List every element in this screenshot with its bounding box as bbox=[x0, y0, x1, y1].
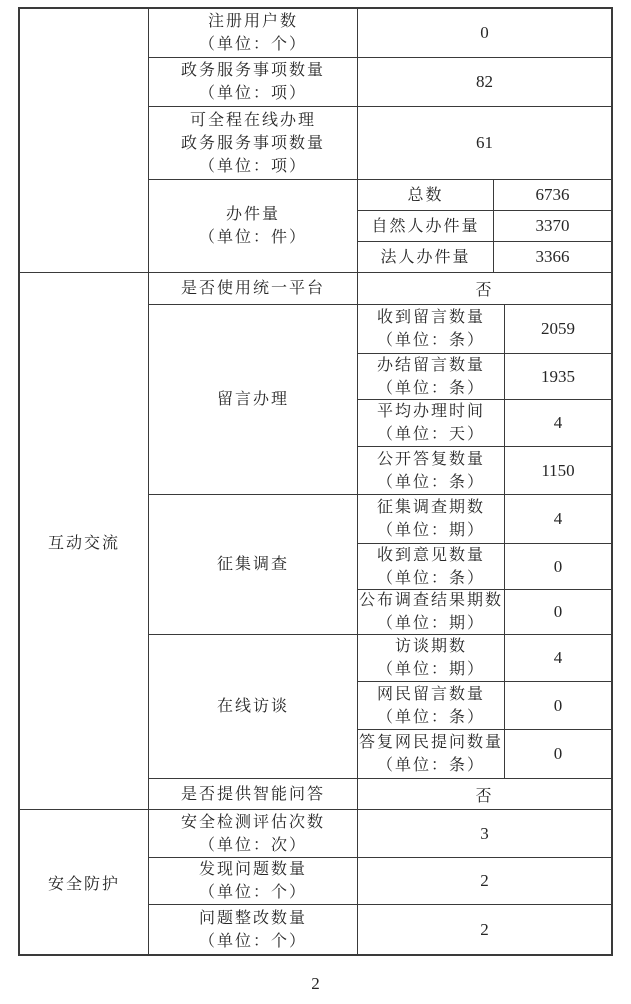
sub-label-line: 自然人办件量 bbox=[371, 215, 479, 238]
block-label-unit: （单位：件） bbox=[199, 226, 307, 249]
row-value-cell: 61 bbox=[358, 107, 611, 179]
row-label-unit: （单位：项） bbox=[199, 155, 307, 178]
group-label-empty bbox=[20, 9, 149, 272]
row-label-line: 安全检测评估次数 bbox=[181, 811, 325, 834]
sub-label-cell: 总数 bbox=[358, 180, 494, 210]
sub-label-cell: 网民留言数量 （单位：条） bbox=[358, 682, 505, 729]
table-group-interaction: 互动交流 是否使用统一平台 否 留言办理 收到留言数量 bbox=[20, 272, 611, 809]
sub-label-cell: 访谈期数 （单位：期） bbox=[358, 635, 505, 681]
row-label-cell: 是否使用统一平台 bbox=[149, 273, 358, 304]
sub-value-cell: 0 bbox=[505, 544, 611, 589]
table-row-problems-found: 发现问题数量 （单位：个） 2 bbox=[149, 857, 611, 904]
sub-label-unit: （单位：条） bbox=[377, 754, 485, 777]
block-label-cell: 留言办理 bbox=[149, 305, 358, 494]
sub-label-line: 网民留言数量 bbox=[377, 683, 485, 706]
sub-label-cell: 公布调查结果期数 （单位：期） bbox=[358, 590, 505, 634]
row-label-line: 政务服务事项数量 bbox=[181, 132, 325, 155]
sub-label-unit: （单位：条） bbox=[377, 706, 485, 729]
sub-value-cell: 0 bbox=[505, 590, 611, 634]
sub-value-cell: 3370 bbox=[494, 211, 611, 241]
block-label-line: 办件量 bbox=[226, 203, 280, 226]
sub-value-cell: 2059 bbox=[505, 305, 611, 353]
table-row-online-service-items: 可全程在线办理 政务服务事项数量 （单位：项） 61 bbox=[149, 106, 611, 179]
row-label-cell: 政务服务事项数量 （单位：项） bbox=[149, 58, 358, 106]
sub-label-line: 法人办件量 bbox=[380, 246, 470, 269]
sub-label-unit: （单位：期） bbox=[377, 658, 485, 681]
sub-value-cell: 3366 bbox=[494, 242, 611, 272]
block-label-line: 留言办理 bbox=[217, 388, 289, 411]
table-subrow-survey-periods: 征集调查期数 （单位：期） 4 bbox=[358, 495, 611, 543]
row-label-line: 是否使用统一平台 bbox=[181, 277, 325, 300]
sub-label-unit: （单位：条） bbox=[377, 377, 485, 400]
sub-label-line: 公开答复数量 bbox=[377, 448, 485, 471]
table-block-online-interview: 在线访谈 访谈期数 （单位：期） 4 网民留言数量 bbox=[149, 634, 611, 778]
block-label-cell: 征集调查 bbox=[149, 495, 358, 634]
row-label-unit: （单位：项） bbox=[199, 82, 307, 105]
sub-value-cell: 0 bbox=[505, 682, 611, 729]
sub-label-cell: 收到留言数量 （单位：条） bbox=[358, 305, 505, 353]
sub-label-cell: 自然人办件量 bbox=[358, 211, 494, 241]
table-row-registered-users: 注册用户数 （单位：个） 0 bbox=[149, 9, 611, 57]
row-label-cell: 注册用户数 （单位：个） bbox=[149, 9, 358, 57]
row-label-cell: 发现问题数量 （单位：个） bbox=[149, 858, 358, 904]
table-block-case-volume: 办件量 （单位：件） 总数 6736 自然人办件量 bbox=[149, 179, 611, 272]
sub-label-cell: 平均办理时间 （单位：天） bbox=[358, 400, 505, 446]
row-label-unit: （单位：个） bbox=[199, 930, 307, 953]
table-subrow-netizen-messages: 网民留言数量 （单位：条） 0 bbox=[358, 681, 611, 729]
table-group-security: 安全防护 安全检测评估次数 （单位：次） 3 发现问题数量 （单位：个） 2 bbox=[20, 809, 611, 954]
sub-label-unit: （单位：条） bbox=[377, 567, 485, 590]
row-value-cell: 2 bbox=[358, 905, 611, 954]
row-label-line: 问题整改数量 bbox=[199, 907, 307, 930]
block-label-line: 征集调查 bbox=[217, 553, 289, 576]
row-value-cell: 0 bbox=[358, 9, 611, 57]
table-subrow-legal-person: 法人办件量 3366 bbox=[358, 241, 611, 272]
row-label-line: 政务服务事项数量 bbox=[181, 59, 325, 82]
table-block-message-handling: 留言办理 收到留言数量 （单位：条） 2059 办结留言数量 bbox=[149, 304, 611, 494]
table-row-problems-fixed: 问题整改数量 （单位：个） 2 bbox=[149, 904, 611, 954]
sub-label-cell: 办结留言数量 （单位：条） bbox=[358, 354, 505, 399]
sub-label-unit: （单位：条） bbox=[377, 471, 485, 494]
row-label-cell: 是否提供智能问答 bbox=[149, 779, 358, 809]
sub-value-cell: 0 bbox=[505, 730, 611, 778]
group-label-interaction: 互动交流 bbox=[20, 273, 149, 809]
table-group-services: 注册用户数 （单位：个） 0 政务服务事项数量 （单位：项） 82 可全程在线办… bbox=[20, 9, 611, 272]
table-subrow-opinions-received: 收到意见数量 （单位：条） 0 bbox=[358, 543, 611, 589]
sub-label-unit: （单位：期） bbox=[377, 612, 485, 635]
sub-label-cell: 征集调查期数 （单位：期） bbox=[358, 495, 505, 543]
sub-value-cell: 4 bbox=[505, 635, 611, 681]
page-number: 2 bbox=[0, 974, 631, 994]
table-subrow-questions-answered: 答复网民提问数量 （单位：条） 0 bbox=[358, 729, 611, 778]
statistics-table: 注册用户数 （单位：个） 0 政务服务事项数量 （单位：项） 82 可全程在线办… bbox=[18, 7, 613, 956]
table-row-smart-qa: 是否提供智能问答 否 bbox=[149, 778, 611, 809]
table-subrow-interview-periods: 访谈期数 （单位：期） 4 bbox=[358, 635, 611, 681]
table-subrow-messages-received: 收到留言数量 （单位：条） 2059 bbox=[358, 305, 611, 353]
block-label-cell: 办件量 （单位：件） bbox=[149, 180, 358, 272]
sub-label-unit: （单位：条） bbox=[377, 329, 485, 352]
table-subrow-messages-completed: 办结留言数量 （单位：条） 1935 bbox=[358, 353, 611, 399]
row-label-line: 发现问题数量 bbox=[199, 858, 307, 881]
sub-label-unit: （单位：期） bbox=[377, 519, 485, 542]
row-label-unit: （单位：个） bbox=[199, 33, 307, 56]
table-row-security-assessments: 安全检测评估次数 （单位：次） 3 bbox=[149, 810, 611, 857]
sub-label-cell: 答复网民提问数量 （单位：条） bbox=[358, 730, 505, 778]
sub-value-cell: 6736 bbox=[494, 180, 611, 210]
sub-label-line: 征集调查期数 bbox=[377, 496, 485, 519]
group-label-security: 安全防护 bbox=[20, 810, 149, 954]
table-subrow-natural-person: 自然人办件量 3370 bbox=[358, 210, 611, 241]
row-value-cell: 2 bbox=[358, 858, 611, 904]
sub-label-cell: 法人办件量 bbox=[358, 242, 494, 272]
table-row-service-items: 政务服务事项数量 （单位：项） 82 bbox=[149, 57, 611, 106]
sub-value-cell: 4 bbox=[505, 495, 611, 543]
row-label-line: 可全程在线办理 bbox=[190, 109, 316, 132]
document-page: 注册用户数 （单位：个） 0 政务服务事项数量 （单位：项） 82 可全程在线办… bbox=[0, 0, 631, 1004]
sub-label-line: 收到留言数量 bbox=[377, 306, 485, 329]
table-row-unified-platform: 是否使用统一平台 否 bbox=[149, 273, 611, 304]
sub-value-cell: 4 bbox=[505, 400, 611, 446]
row-value-cell: 82 bbox=[358, 58, 611, 106]
sub-label-line: 办结留言数量 bbox=[377, 354, 485, 377]
sub-label-line: 平均办理时间 bbox=[377, 400, 485, 423]
table-subrow-public-replies: 公开答复数量 （单位：条） 1150 bbox=[358, 446, 611, 494]
row-label-cell: 安全检测评估次数 （单位：次） bbox=[149, 810, 358, 857]
row-label-cell: 可全程在线办理 政务服务事项数量 （单位：项） bbox=[149, 107, 358, 179]
row-label-cell: 问题整改数量 （单位：个） bbox=[149, 905, 358, 954]
sub-label-line: 收到意见数量 bbox=[377, 544, 485, 567]
sub-value-cell: 1935 bbox=[505, 354, 611, 399]
table-subrow-results-published: 公布调查结果期数 （单位：期） 0 bbox=[358, 589, 611, 634]
sub-label-unit: （单位：天） bbox=[377, 423, 485, 446]
row-value-cell: 否 bbox=[358, 779, 611, 809]
block-label-cell: 在线访谈 bbox=[149, 635, 358, 778]
sub-label-line: 访谈期数 bbox=[395, 635, 467, 658]
row-label-line: 注册用户数 bbox=[208, 10, 298, 33]
sub-label-line: 总数 bbox=[407, 184, 443, 207]
row-label-unit: （单位：次） bbox=[199, 834, 307, 857]
sub-value-cell: 1150 bbox=[505, 447, 611, 494]
table-block-survey-collection: 征集调查 征集调查期数 （单位：期） 4 收到意见数量 bbox=[149, 494, 611, 634]
row-label-line: 是否提供智能问答 bbox=[181, 783, 325, 806]
sub-label-line: 公布调查结果期数 bbox=[359, 589, 503, 612]
row-value-cell: 3 bbox=[358, 810, 611, 857]
sub-label-cell: 公开答复数量 （单位：条） bbox=[358, 447, 505, 494]
block-label-line: 在线访谈 bbox=[217, 695, 289, 718]
row-label-unit: （单位：个） bbox=[199, 881, 307, 904]
table-subrow-average-handling-time: 平均办理时间 （单位：天） 4 bbox=[358, 399, 611, 446]
row-value-cell: 否 bbox=[358, 273, 611, 304]
sub-label-line: 答复网民提问数量 bbox=[359, 731, 503, 754]
table-subrow-total: 总数 6736 bbox=[358, 180, 611, 210]
sub-label-cell: 收到意见数量 （单位：条） bbox=[358, 544, 505, 589]
